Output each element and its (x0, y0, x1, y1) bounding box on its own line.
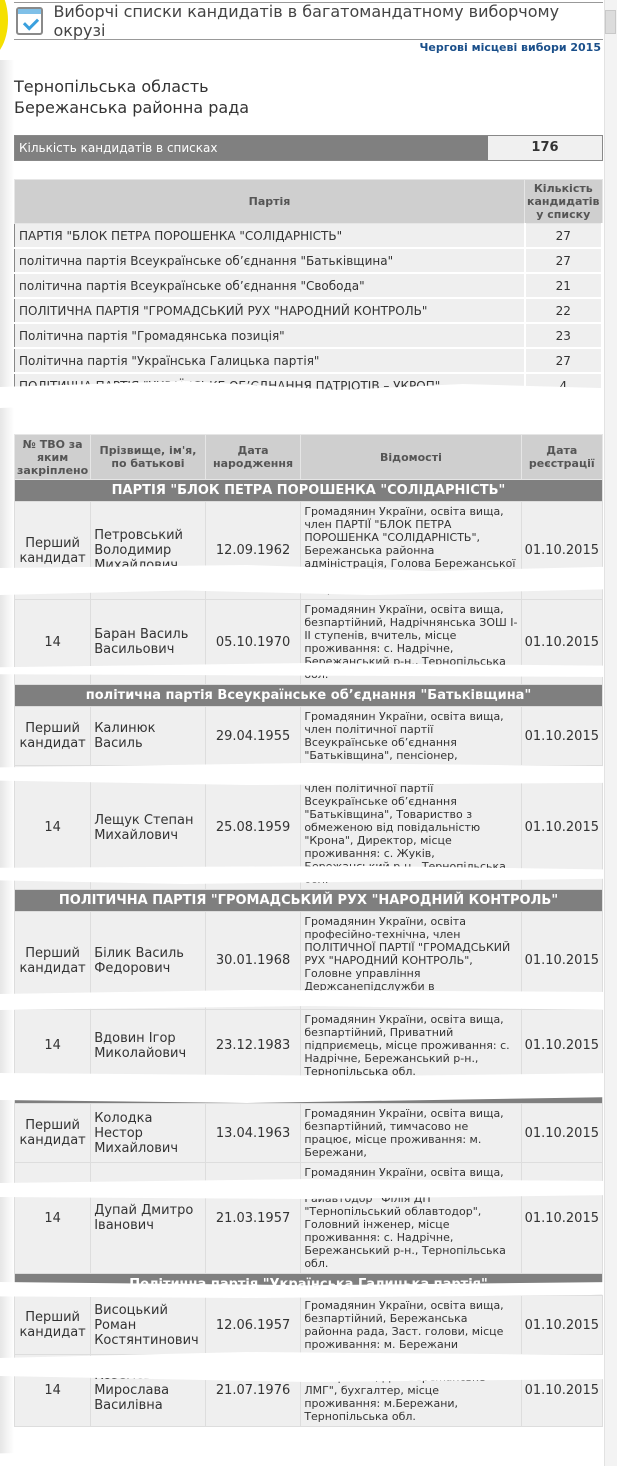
candidate-reg: 01.10.2015 (521, 1163, 602, 1274)
reg-column-header: Дата реєстрації (521, 435, 602, 480)
total-candidates-bar: Кількість кандидатів в списках 176 (14, 135, 603, 161)
candidate-info: Громадянин України, освіта вища, безпарт… (301, 1104, 521, 1163)
candidate-info: Громадянин України, освіта вища, безпарт… (301, 1163, 521, 1274)
party-group-title: ПОЛІТИЧНА ПАРТІЯ "ГРОМАДСЬКИЙ РУХ "НАРОД… (15, 890, 603, 912)
page-title: Виборчі списки кандидатів в багатомандат… (53, 2, 603, 40)
party-name: ПОЛІТИЧНА ПАРТІЯ "ГРОМАДСЬКИЙ РУХ "НАРОД… (15, 298, 525, 323)
torn-gap (0, 565, 617, 595)
party-group-header: політична партія Всеукраїнське об’єднанн… (15, 685, 603, 707)
left-shadow (0, 60, 14, 1466)
page-header: Виборчі списки кандидатів в багатомандат… (14, 2, 603, 40)
party-row: Політична партія "Громадянська позиція"2… (15, 323, 603, 348)
name-column-header: Прізвище, ім'я, по батькові (91, 435, 206, 480)
total-candidates-label: Кількість кандидатів в списках (15, 136, 488, 160)
party-candidate-count: 27 (525, 248, 602, 273)
candidate-reg: 01.10.2015 (521, 707, 602, 766)
tvo-column-header: № ТВО за яким закріплено (15, 435, 91, 480)
candidate-name: Вдовин Ігор Миколайович (91, 1010, 206, 1082)
party-row: ПАРТІЯ "БЛОК ПЕТРА ПОРОШЕНКА "СОЛІДАРНІС… (15, 224, 603, 249)
oblast-name: Тернопільська область (14, 76, 249, 97)
calendar-check-icon (16, 7, 43, 35)
party-candidate-count: 27 (525, 348, 602, 373)
candidate-dob: 29.04.1955 (205, 707, 301, 766)
candidate-dob: 13.04.1963 (205, 1104, 301, 1163)
party-candidate-count: 22 (525, 298, 602, 323)
candidate-row: Перший кандидатВисоцький Роман Костянтин… (15, 1296, 603, 1355)
party-row: політична партія Всеукраїнське об’єднанн… (15, 248, 603, 273)
candidate-row: 14Вдовин Ігор Миколайович23.12.1983Грома… (15, 1010, 603, 1082)
candidate-reg: 01.10.2015 (521, 1010, 602, 1082)
party-name: ПАРТІЯ "БЛОК ПЕТРА ПОРОШЕНКА "СОЛІДАРНІС… (15, 224, 525, 249)
party-candidate-count: 21 (525, 273, 602, 298)
party-group-title: ПАРТІЯ "БЛОК ПЕТРА ПОРОШЕНКА "СОЛІДАРНІС… (15, 480, 603, 502)
torn-gap (0, 1448, 617, 1466)
party-column-header: Партія (15, 180, 525, 224)
candidate-reg: 01.10.2015 (521, 1296, 602, 1355)
party-row: ПОЛІТИЧНА ПАРТІЯ "ГРОМАДСЬКИЙ РУХ "НАРОД… (15, 298, 603, 323)
candidate-info: Громадянин України, освіта вища, безпарт… (301, 1010, 521, 1082)
candidate-tvo: Перший кандидат (15, 707, 91, 766)
torn-gap (0, 1352, 617, 1382)
party-name: Політична партія "Громадянська позиція" (15, 323, 525, 348)
candidate-name: Колодка Нестор Михайлович (91, 1104, 206, 1163)
candidate-tvo: 14 (15, 1163, 91, 1274)
candidate-tvo: Перший кандидат (15, 1104, 91, 1163)
region-block: Тернопільська область Бережанська районн… (14, 76, 249, 118)
party-row: Політична партія "Українська Галицька па… (15, 348, 603, 373)
candidate-info: Громадянин України, освіта вища, член по… (301, 707, 521, 766)
election-link[interactable]: Чергові місцеві вибори 2015 (420, 41, 601, 54)
party-name: Політична партія "Українська Галицька па… (15, 348, 525, 373)
candidate-row: Перший кандидатКолодка Нестор Михайлович… (15, 1104, 603, 1163)
candidate-tvo: Перший кандидат (15, 1296, 91, 1355)
party-group-title: політична партія Всеукраїнське об’єднанн… (15, 685, 603, 707)
candidate-reg: 01.10.2015 (521, 1104, 602, 1163)
party-row: політична партія Всеукраїнське об’єднанн… (15, 273, 603, 298)
total-candidates-value: 176 (488, 136, 602, 160)
party-candidate-count: 27 (525, 224, 602, 249)
party-candidate-count: 23 (525, 323, 602, 348)
candidate-name: Дупай Дмитро Іванович (91, 1163, 206, 1274)
parties-table: Партія Кількість кандидатів у списку ПАР… (14, 179, 603, 399)
decorative-yellow-shape (0, 0, 8, 60)
party-group-header: ПАРТІЯ "БЛОК ПЕТРА ПОРОШЕНКА "СОЛІДАРНІС… (15, 480, 603, 502)
candidate-info: Громадянин України, освіта вища, безпарт… (301, 1296, 521, 1355)
dob-column-header: Дата народження (205, 435, 301, 480)
vertical-scrollbar[interactable] (604, 0, 617, 1466)
party-group-header: ПОЛІТИЧНА ПАРТІЯ "ГРОМАДСЬКИЙ РУХ "НАРОД… (15, 890, 603, 912)
torn-gap (0, 1179, 617, 1199)
candidate-name: Калинюк Василь (91, 707, 206, 766)
party-name: політична партія Всеукраїнське об’єднанн… (15, 273, 525, 298)
candidate-row: Перший кандидатКалинюк Василь29.04.1955Г… (15, 707, 603, 766)
candidate-dob: 23.12.1983 (205, 1010, 301, 1082)
count-column-header: Кількість кандидатів у списку (525, 180, 602, 224)
scrollbar-thumb[interactable] (605, 10, 616, 34)
candidate-tvo: 14 (15, 1010, 91, 1082)
info-column-header: Відомості (301, 435, 521, 480)
party-name: політична партія Всеукраїнське об’єднанн… (15, 248, 525, 273)
candidate-name: Висоцький Роман Костянтинович (91, 1296, 206, 1355)
candidate-dob: 21.03.1957 (205, 1163, 301, 1274)
candidate-dob: 12.06.1957 (205, 1296, 301, 1355)
torn-gap (0, 763, 617, 785)
council-name: Бережанська районна рада (14, 97, 249, 118)
